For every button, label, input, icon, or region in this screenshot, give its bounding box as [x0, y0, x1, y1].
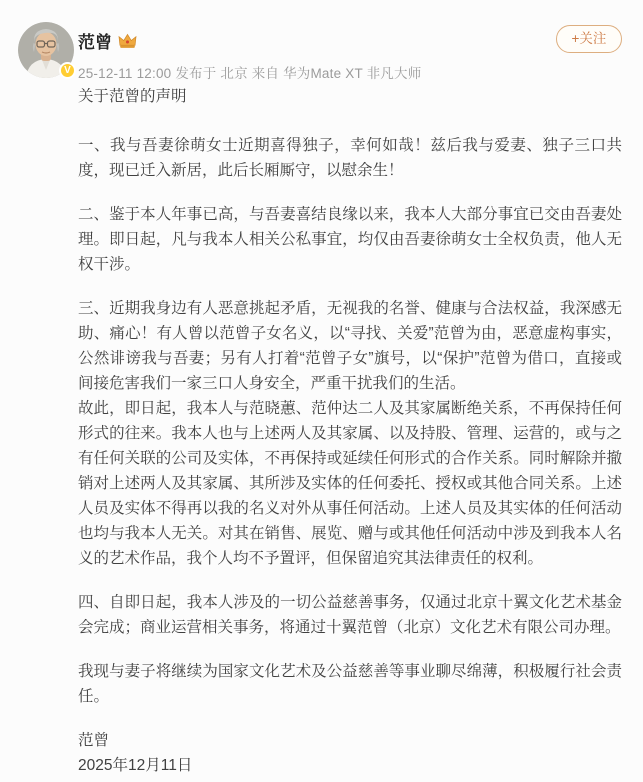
statement-paragraph-4: 四、自即日起，我本人涉及的一切公益慈善事务，仅通过北京十翼文化艺术基金会完成；商…: [78, 590, 622, 640]
statement-paragraph-3: 三、近期我身边有人恶意挑起矛盾，无视我的名誉、健康与合法权益，我深感无助、痛心！…: [78, 296, 622, 396]
statement-paragraph-3-continued: 故此，即日起，我本人与范晓蕙、范仲达二人及其家属断绝关系，不再保持任何形式的往来…: [78, 396, 622, 571]
weibo-post-card: V 范曾 25-12-11 12:00 发布于 北京 来自 华为Mate XT …: [0, 0, 643, 782]
signature: 范曾: [78, 728, 622, 753]
statement-paragraph-2: 二、鉴于本人年事已高，与吾妻喜结良缘以来，我本人大部分事宜已交由吾妻处理。即日起…: [78, 202, 622, 277]
follow-button[interactable]: +关注: [556, 25, 622, 53]
post-timestamp: 25-12-11 12:00 发布于 北京 来自 华为Mate XT 非凡大师: [78, 62, 421, 82]
avatar[interactable]: V: [18, 22, 74, 78]
user-meta: 范曾 25-12-11 12:00 发布于 北京 来自 华为Mate XT 非凡…: [78, 28, 421, 82]
statement-paragraph-1: 一、我与吾妻徐萌女士近期喜得独子，幸何如哉！兹后我与爱妻、独子三口共度，现已迁入…: [78, 133, 622, 183]
statement-date: 2025年12月11日: [78, 753, 622, 778]
post-content: 关于范曾的声明 一、我与吾妻徐萌女士近期喜得独子，幸何如哉！兹后我与爱妻、独子三…: [0, 78, 643, 778]
post-header: V 范曾 25-12-11 12:00 发布于 北京 来自 华为Mate XT …: [0, 0, 643, 78]
verified-badge-icon: V: [59, 62, 76, 79]
username[interactable]: 范曾: [78, 28, 112, 53]
vip-crown-icon: [118, 33, 137, 49]
post-title: 关于范曾的声明: [78, 84, 622, 109]
statement-closing: 我现与妻子将继续为国家文化艺术及公益慈善等事业聊尽绵薄，积极履行社会责任。: [78, 659, 622, 709]
